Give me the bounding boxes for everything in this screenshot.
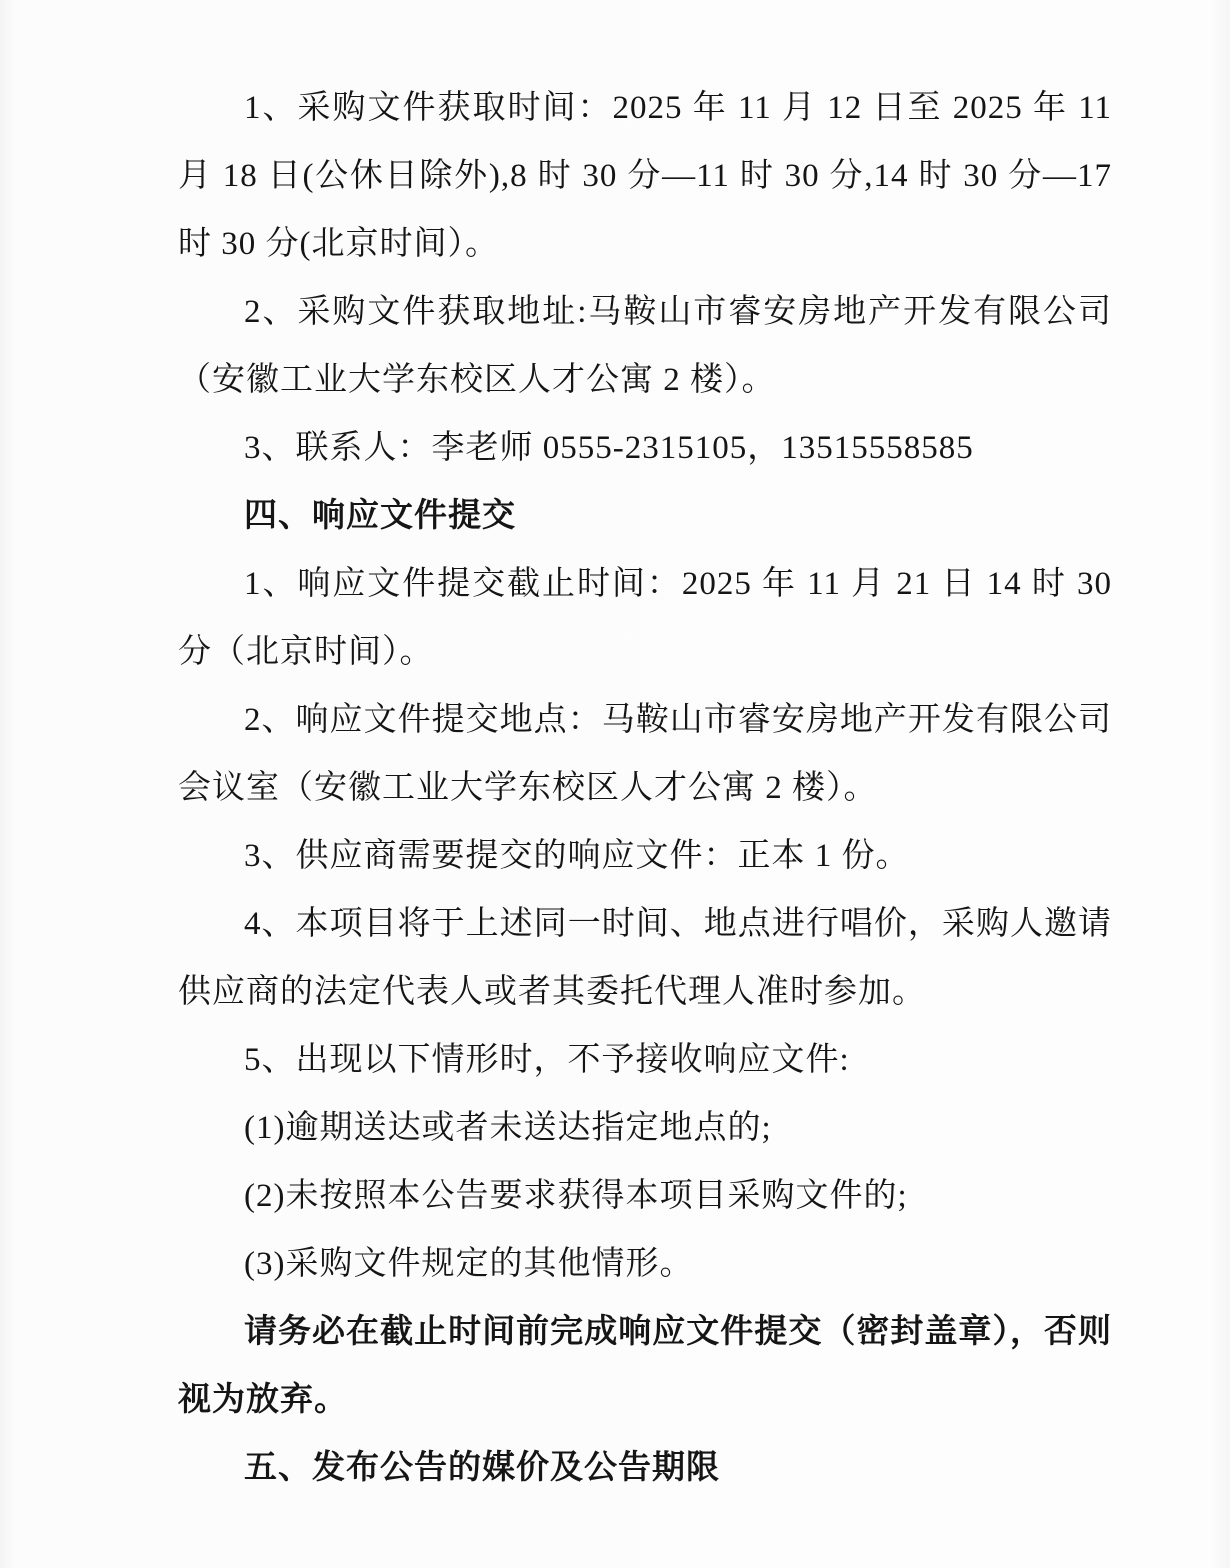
document-page: 1、采购文件获取时间：2025 年 11 月 12 日至 2025 年 11 月… <box>178 74 1112 1502</box>
para-rejection-intro: 5、出现以下情形时，不予接收响应文件: <box>178 1026 1112 1094</box>
para-file-obtain-time: 1、采购文件获取时间：2025 年 11 月 12 日至 2025 年 11 月… <box>178 74 1112 278</box>
para-seal-warning: 请务必在截止时间前完成响应文件提交（密封盖章），否则视为放弃。 <box>178 1298 1112 1434</box>
para-file-obtain-address: 2、采购文件获取地址:马鞍山市睿安房地产开发有限公司（安徽工业大学东校区人才公寓… <box>178 278 1112 414</box>
para-rejection-case-2: (2)未按照本公告要求获得本项目采购文件的; <box>178 1162 1112 1230</box>
para-submit-copies: 3、供应商需要提交的响应文件：正本 1 份。 <box>178 822 1112 890</box>
heading-section-four: 四、响应文件提交 <box>178 482 1112 550</box>
para-submit-location: 2、响应文件提交地点：马鞍山市睿安房地产开发有限公司会议室（安徽工业大学东校区人… <box>178 686 1112 822</box>
scanned-document: { "document": { "language": "zh-CN", "pa… <box>0 0 1230 1568</box>
para-rejection-case-3: (3)采购文件规定的其他情形。 <box>178 1230 1112 1298</box>
para-submit-deadline: 1、响应文件提交截止时间：2025 年 11 月 21 日 14 时 30 分（… <box>178 550 1112 686</box>
para-price-reading: 4、本项目将于上述同一时间、地点进行唱价，采购人邀请供应商的法定代表人或者其委托… <box>178 890 1112 1026</box>
para-contact-person: 3、联系人：李老师 0555-2315105，13515558585 <box>178 414 1112 482</box>
para-rejection-case-1: (1)逾期送达或者未送达指定地点的; <box>178 1094 1112 1162</box>
heading-section-five: 五、发布公告的媒价及公告期限 <box>178 1434 1112 1502</box>
